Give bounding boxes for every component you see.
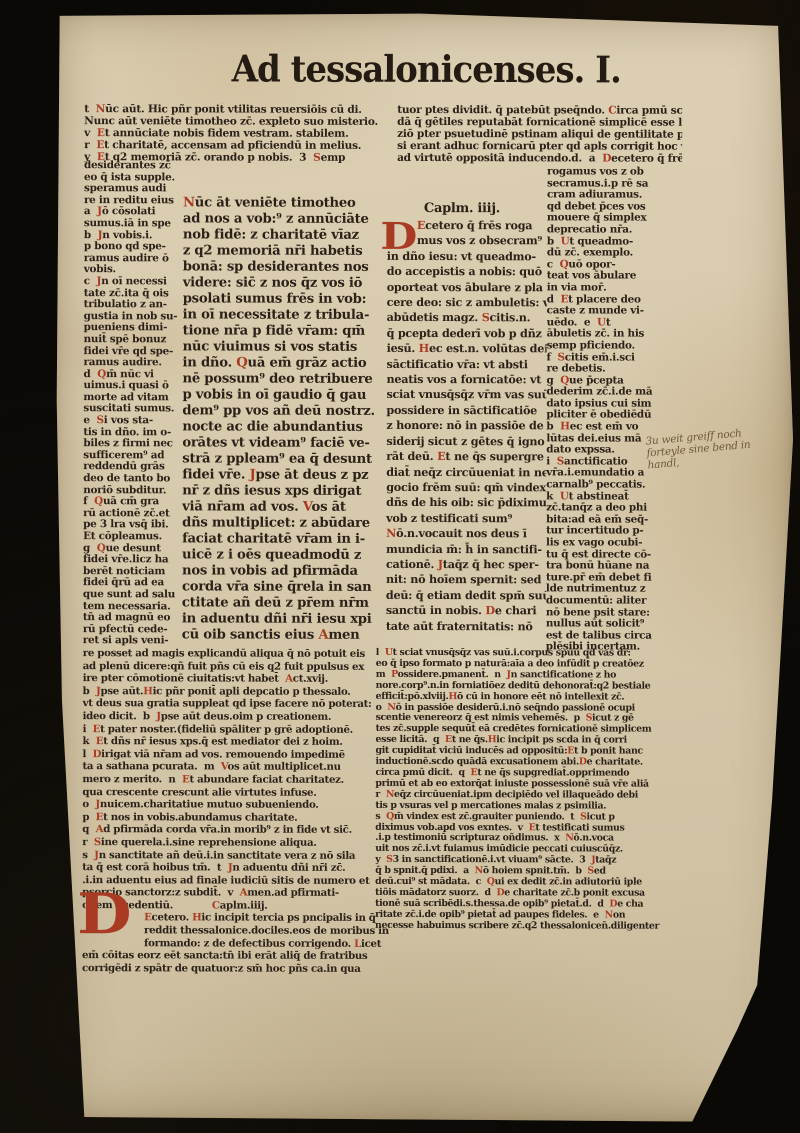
text-line: in dño iesu: vt queadmo- xyxy=(387,249,547,265)
text-line: ideo dicit. b Jpse aūt deus.oim p creati… xyxy=(83,710,393,723)
text-line: ad virtutē oppositā inducendo.d. a Decet… xyxy=(397,152,682,165)
text-line: l Dirigat viā nr̄am ad vos. remouendo im… xyxy=(82,748,392,761)
text-line: diat̄ neq̄z circūueniat in ne xyxy=(386,464,546,480)
scripture-column-right: Ecetero q̄ frēs rogamus vos z obsecram⁹i… xyxy=(386,218,547,670)
text-line: Nūc āt veniēte timotheo xyxy=(183,195,387,212)
text-line: viā nr̄am ad vos. Vos āt xyxy=(182,499,386,516)
text-line: o Jnuicem.charitatiue mutuo subueniendo. xyxy=(82,798,392,811)
text-line: mero z merito. n Et abundare faciat char… xyxy=(82,773,392,786)
text-line: s Jn sanctitate añ deū.i.in sanctitate v… xyxy=(82,849,392,862)
text-line: nuit̄ spē bonuz xyxy=(84,334,184,346)
text-line: fidei vr̄e. Jpse āt deus z pz xyxy=(182,467,386,484)
text-line: nos in vobis ad pfirmāda xyxy=(182,563,386,580)
text-line: si erant adhuc fornicarū pter qd apls co… xyxy=(397,140,682,153)
text-line: neatis vos a fornicatōe: vt xyxy=(386,372,546,388)
text-line: deū: q̄ etiam dedit spm̄ suū xyxy=(386,588,546,604)
text-line: ta q̄ est corā hoibus tm̄. t Jn aduentu … xyxy=(82,861,392,874)
gloss-column-left: desiderantes zc̄eo q̄ ista supple.speram… xyxy=(83,160,184,652)
text-line: nr̄ z dñs iesus xps dirigat xyxy=(182,483,386,500)
scripture-column-left: Nūc āt veniēte timotheoad nos a vob:⁹ z … xyxy=(182,195,387,648)
text-line: orātes vt videam⁹ faciē ve- xyxy=(182,435,386,452)
top-commentary-right: tuor ptes dividit̄. q̄ patebūt pseq̄ndo.… xyxy=(397,104,682,167)
rubric-initial-bottom: D xyxy=(77,886,132,942)
text-line: q Ad pfirmāda corda vr̄a.in morib⁹ z in … xyxy=(82,823,392,836)
text-line: oporteat vos ābulare z pla xyxy=(387,280,547,296)
text-line: z q2 memoriā nr̄i habetis xyxy=(183,243,387,260)
top-commentary-left: t Nūc aūt. Hic pñr ponit̄ vtilitas reuer… xyxy=(84,103,399,166)
text-line: nit: nō hoīem spernit: sed xyxy=(386,572,546,588)
text-line: siderij sicut z gētes q̄ igno xyxy=(386,434,546,450)
text-line: corrigēdi z spātr de quatuor:z sm̄ hoc p… xyxy=(82,962,392,975)
text-line: k Et dñs nr̄ iesus xps.q̄ est mediator d… xyxy=(83,735,393,748)
text-line: q̄ pcepta dederī vob p dñz xyxy=(387,326,547,342)
text-line: Nō.n.vocauit nos deus ī xyxy=(386,526,546,542)
text-line: v Et annūciate nobis fidem vestram. stab… xyxy=(84,127,399,140)
text-line: in oī necessitate z tribula- xyxy=(183,307,387,324)
text-line: cationē. Jtaq̄z q̄ hec sper- xyxy=(386,557,546,573)
text-line: bonā: sp desiderantes nos xyxy=(183,259,387,276)
text-line: tione nr̄a p fidē vr̄am: qm̄ xyxy=(183,323,387,340)
page-content: Ad tessalonicenses. I. t Nūc aūt. Hic pñ… xyxy=(49,7,798,1127)
text-line: ziō pter psuetudinē pstinam aliqui de ge… xyxy=(397,128,682,141)
text-line: iesū. Hec est.n. volūtas dei xyxy=(387,341,547,357)
text-line: r Sine querela.i.sine reprehensione aliq… xyxy=(82,836,392,849)
text-line: qua crescente crescunt alie virtutes inf… xyxy=(82,786,392,799)
text-line: psolati sumus frēs in vob: xyxy=(183,291,387,308)
text-line: nocte ac die abundantius xyxy=(182,419,386,436)
text-line: mus vos z obsecram⁹ xyxy=(417,233,547,249)
text-line: re posset ad magis explicandū aliqua q̄ … xyxy=(83,647,393,660)
text-line: que sunt ad salu xyxy=(83,589,183,601)
text-line: nē possum⁹ deo retribuere xyxy=(182,371,386,388)
text-line: dñs multiplicet: z abūdare xyxy=(182,515,386,532)
page-title: Ad tessalonicenses. I. xyxy=(201,48,651,92)
text-line: uicē z i oēs queadmodū z xyxy=(182,547,386,564)
gloss-column-right: rogamus vos z obsecramus.i.p rē sacram a… xyxy=(546,166,669,654)
text-line: in dño. Quā em̄ grāz actio xyxy=(183,355,387,372)
text-line: p vobis in oī gaudio q̄ gau xyxy=(182,387,386,404)
text-line: abūdetis magz. Scitis.n. xyxy=(387,310,547,326)
text-line: ctitate añ deū z pr̄em nr̄m xyxy=(182,595,386,612)
text-line: ret si apls veni- xyxy=(83,635,183,647)
text-line: vob z testificati sum⁹ xyxy=(386,511,546,527)
text-line: z honore: nō in passiōe de xyxy=(386,418,546,434)
text-line: r Et charitatē, accensam ad pficiendū in… xyxy=(84,139,399,152)
text-line: do accepistis a nobis: quō xyxy=(387,264,547,280)
text-line: gocio frēm suū: qm̄ vindex xyxy=(386,480,546,496)
text-line: Ecetero. Hic incipit tercia ps pncipalis… xyxy=(144,912,392,925)
text-line: sāctificatio vr̄a: vt absti xyxy=(387,357,547,373)
text-line: b Jpse aūt.Hic pñr ponit̄ apli depcatio … xyxy=(83,685,393,698)
text-line: t Nūc aūt. Hic pñr ponit̄ vtilitas reuer… xyxy=(84,103,399,116)
text-line: em̄ cōitas eorz eēt sancta:tn̄ ibi erāt … xyxy=(82,949,392,962)
text-line: tuor ptes dividit̄. q̄ patebūt pseq̄ndo.… xyxy=(397,104,682,117)
text-line: nob fidē: z charitatē vīaz xyxy=(183,227,387,244)
text-line: ad plenū dicere:qñ fuit pñs cū eis q2 fu… xyxy=(83,660,393,673)
text-line: faciat charitatē vr̄am in i- xyxy=(182,531,386,548)
text-line: i Et pater noster.(fideliū spāliter p gr… xyxy=(83,723,393,736)
text-line: tate aūt fraternitatis: nō xyxy=(386,618,546,634)
text-line: dem⁹ pp vos añ deū nostrz. xyxy=(182,403,386,420)
text-line: possidere in sāctificatiōe xyxy=(386,403,546,419)
text-line: p Et nos in vobis.abundamus charitate. xyxy=(82,811,392,824)
text-line: ire pter cōmotionē ciuitatis:vt habet̄ A… xyxy=(83,672,393,685)
text-line: semp pficiendo. xyxy=(547,340,669,352)
text-line: strā z ppleam⁹ ea q̄ desunt xyxy=(182,451,386,468)
text-line: formando: z de defectibus corrigendo. Li… xyxy=(144,937,392,950)
text-line: dñs de his oib: sic p̄diximus xyxy=(386,495,546,511)
bottom-commentary-right: l Ut sciat vnusq̄sq̄z vas suū.i.corpus s… xyxy=(375,648,676,937)
text-line: sanctū in nobis. De chari xyxy=(386,603,546,619)
text-line: mundicia m̄: h̄ in sanctifi- xyxy=(386,541,546,557)
text-line: dā q̄ gētiles reputabāt fornicationē sim… xyxy=(397,116,682,129)
manuscript-leaf: Ad tessalonicenses. I. t Nūc aūt. Hic pñ… xyxy=(50,8,796,1126)
text-line: cū oib sanctis eius Amen xyxy=(182,627,386,644)
text-line: Ecetero q̄ frēs roga xyxy=(417,218,547,234)
text-line: ad nos a vob:⁹ z annūciāte xyxy=(183,211,387,228)
text-line: Nunc aūt veniēte timotheo zc̄. expleto s… xyxy=(84,115,399,128)
text-line: in aduentu dñi nr̄i iesu xpi xyxy=(182,611,386,628)
text-line: ta a sathana pcurata. m Vos aūt multipli… xyxy=(82,760,392,773)
text-line: c Jn oī necessi xyxy=(84,276,184,288)
text-line: videre: sic̄ z nos q̄z vos iō xyxy=(183,275,387,292)
text-line: corda vr̄a sine q̄rela in san xyxy=(182,579,386,596)
text-line: cere deo: sic z ambuletis: vt xyxy=(387,295,547,311)
text-line: nūc viuimus si vos statis xyxy=(183,339,387,356)
text-line: rāt deū. Et ne q̄s supergre xyxy=(386,449,546,465)
text-line: necesse habuimus scribere zc̄.q2 thessal… xyxy=(375,921,675,933)
text-line: vt deus sua gratia suppleat qd ipse face… xyxy=(83,697,393,710)
text-line: reddit thessalonice.dociles.eos de morib… xyxy=(144,924,392,937)
text-line: sciat vnusq̄sq̄z vr̄m vas suū xyxy=(386,387,546,403)
